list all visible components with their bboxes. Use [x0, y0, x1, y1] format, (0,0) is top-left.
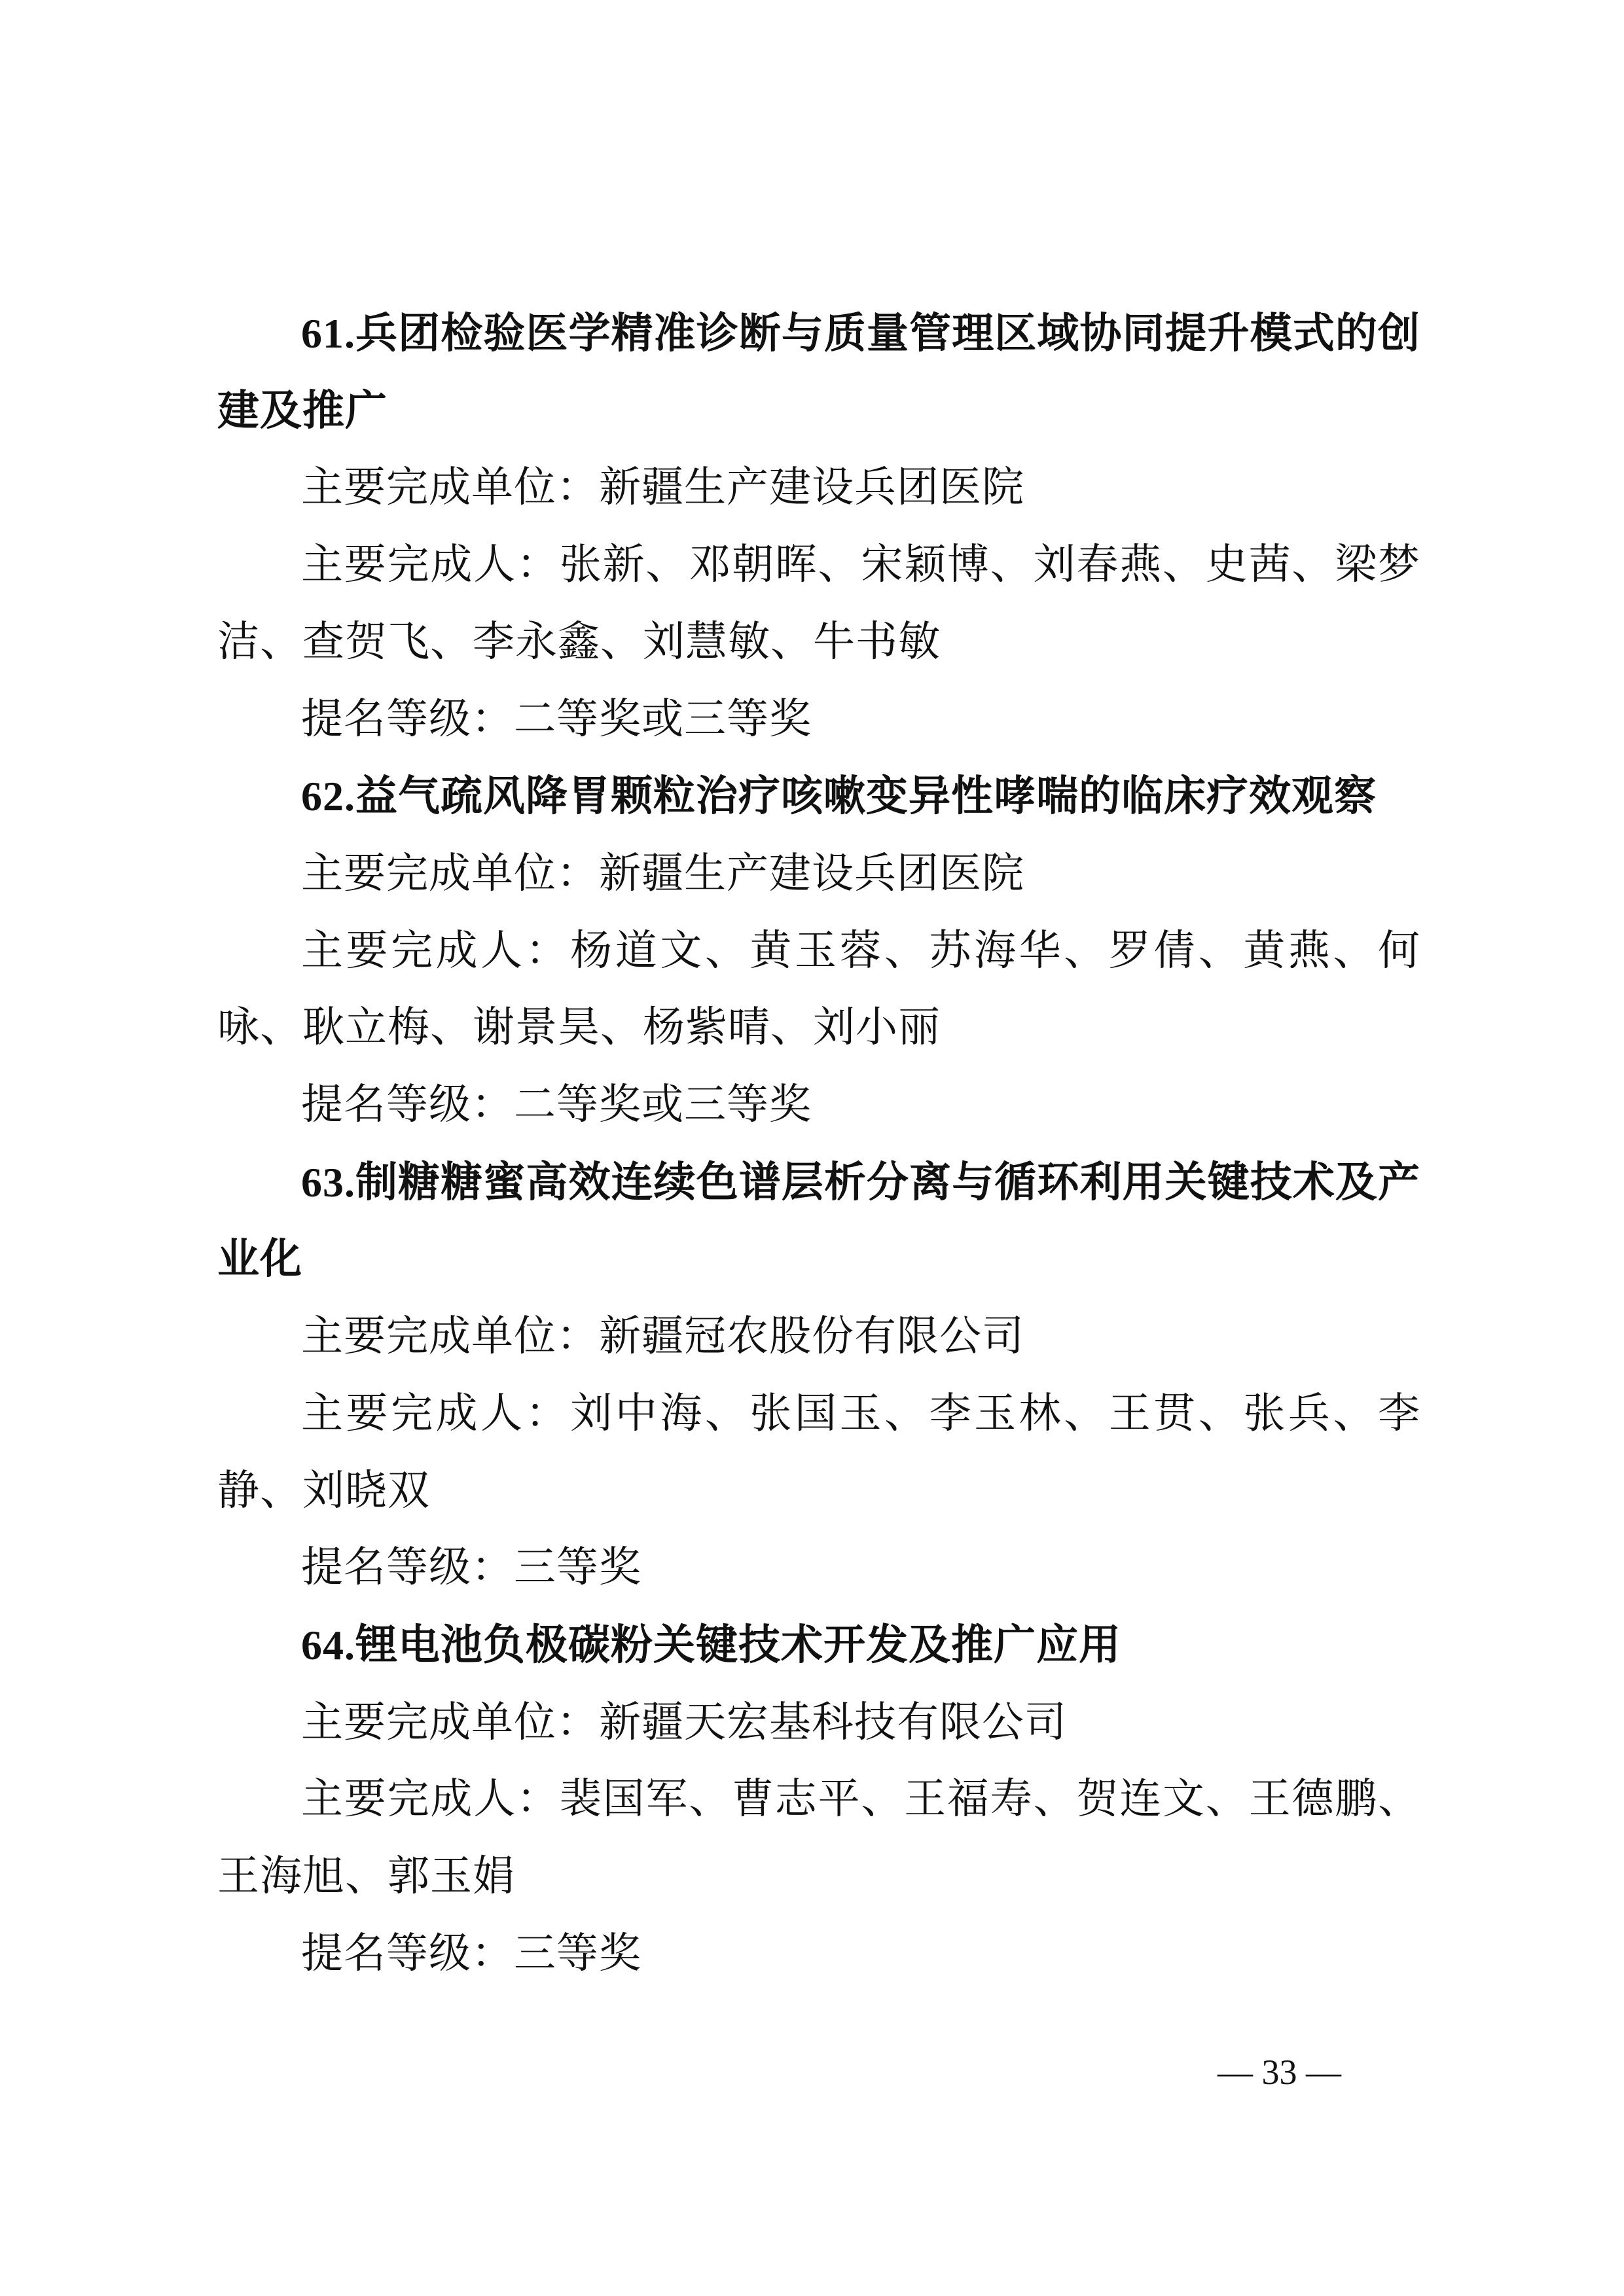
- level-label: 提名等级：: [301, 1543, 514, 1592]
- level-value: 三等奖: [514, 1543, 641, 1592]
- unit-value: 新疆冠农股份有限公司: [599, 1312, 1024, 1361]
- people-label: 主要完成人：: [301, 1775, 560, 1823]
- award-entry-63: 63.制糖糖蜜高效连续色谱层析分离与循环利用关键技术及产业化 主要完成单位：新疆…: [217, 1144, 1420, 1607]
- entry-title-text: 兵团检验医学精准诊断与质量管理区域协同提升模式的创建及推广: [217, 310, 1420, 435]
- entry-people: 主要完成人：张新、邓朝晖、宋颖博、刘春燕、史茜、梁梦洁、查贺飞、李永鑫、刘慧敏、…: [217, 527, 1420, 681]
- unit-value: 新疆生产建设兵团医院: [599, 463, 1024, 512]
- entry-number: 61.: [301, 310, 355, 357]
- entry-title: 64.锂电池负极碳粉关键技术开发及推广应用: [217, 1607, 1420, 1685]
- entry-title-text: 锂电池负极碳粉关键技术开发及推广应用: [355, 1621, 1121, 1670]
- award-entry-61: 61.兵团检验医学精准诊断与质量管理区域协同提升模式的创建及推广 主要完成单位：…: [217, 295, 1420, 758]
- entry-level: 提名等级：三等奖: [217, 1916, 1420, 1993]
- entry-title-text: 制糖糖蜜高效连续色谱层析分离与循环利用关键技术及产业化: [217, 1158, 1420, 1284]
- unit-label: 主要完成单位：: [301, 1312, 599, 1361]
- document-body: 61.兵团检验医学精准诊断与质量管理区域协同提升模式的创建及推广 主要完成单位：…: [217, 295, 1420, 1992]
- unit-label: 主要完成单位：: [301, 1698, 599, 1747]
- entry-people: 主要完成人：刘中海、张国玉、李玉林、王贯、张兵、李静、刘晓双: [217, 1376, 1420, 1530]
- unit-label: 主要完成单位：: [301, 463, 599, 512]
- level-label: 提名等级：: [301, 1929, 514, 1978]
- entry-unit: 主要完成单位：新疆冠农股份有限公司: [217, 1299, 1420, 1376]
- level-label: 提名等级：: [301, 1081, 514, 1129]
- unit-label: 主要完成单位：: [301, 850, 599, 898]
- level-value: 二等奖或三等奖: [514, 695, 812, 744]
- level-value: 二等奖或三等奖: [514, 1081, 812, 1129]
- entry-people: 主要完成人：裴国军、曹志平、王福寿、贺连文、王德鹏、王海旭、郭玉娟: [217, 1761, 1420, 1915]
- people-label: 主要完成人：: [301, 1390, 570, 1438]
- level-value: 三等奖: [514, 1929, 641, 1978]
- award-entry-62: 62.益气疏风降胃颗粒治疗咳嗽变异性哮喘的临床疗效观察 主要完成单位：新疆生产建…: [217, 758, 1420, 1144]
- entry-level: 提名等级：二等奖或三等奖: [217, 1067, 1420, 1144]
- unit-value: 新疆天宏基科技有限公司: [599, 1698, 1067, 1747]
- award-entry-64: 64.锂电池负极碳粉关键技术开发及推广应用 主要完成单位：新疆天宏基科技有限公司…: [217, 1607, 1420, 1993]
- unit-value: 新疆生产建设兵团医院: [599, 850, 1024, 898]
- entry-unit: 主要完成单位：新疆生产建设兵团医院: [217, 450, 1420, 527]
- entry-title: 61.兵团检验医学精准诊断与质量管理区域协同提升模式的创建及推广: [217, 295, 1420, 450]
- entry-number: 62.: [301, 773, 355, 819]
- entry-unit: 主要完成单位：新疆生产建设兵团医院: [217, 836, 1420, 913]
- entry-level: 提名等级：二等奖或三等奖: [217, 681, 1420, 759]
- entry-people: 主要完成人：杨道文、黄玉蓉、苏海华、罗倩、黄燕、何咏、耿立梅、谢景昊、杨紫晴、刘…: [217, 913, 1420, 1067]
- people-label: 主要完成人：: [301, 927, 570, 975]
- entry-number: 63.: [301, 1159, 355, 1206]
- entry-level: 提名等级：三等奖: [217, 1530, 1420, 1607]
- entry-title: 62.益气疏风降胃颗粒治疗咳嗽变异性哮喘的临床疗效观察: [217, 758, 1420, 836]
- entry-number: 64.: [301, 1622, 355, 1668]
- entry-title: 63.制糖糖蜜高效连续色谱层析分离与循环利用关键技术及产业化: [217, 1144, 1420, 1299]
- entry-unit: 主要完成单位：新疆天宏基科技有限公司: [217, 1685, 1420, 1762]
- level-label: 提名等级：: [301, 695, 514, 744]
- people-label: 主要完成人：: [301, 541, 560, 589]
- page-number: — 33 —: [1218, 2052, 1341, 2092]
- entry-title-text: 益气疏风降胃颗粒治疗咳嗽变异性哮喘的临床疗效观察: [355, 772, 1377, 821]
